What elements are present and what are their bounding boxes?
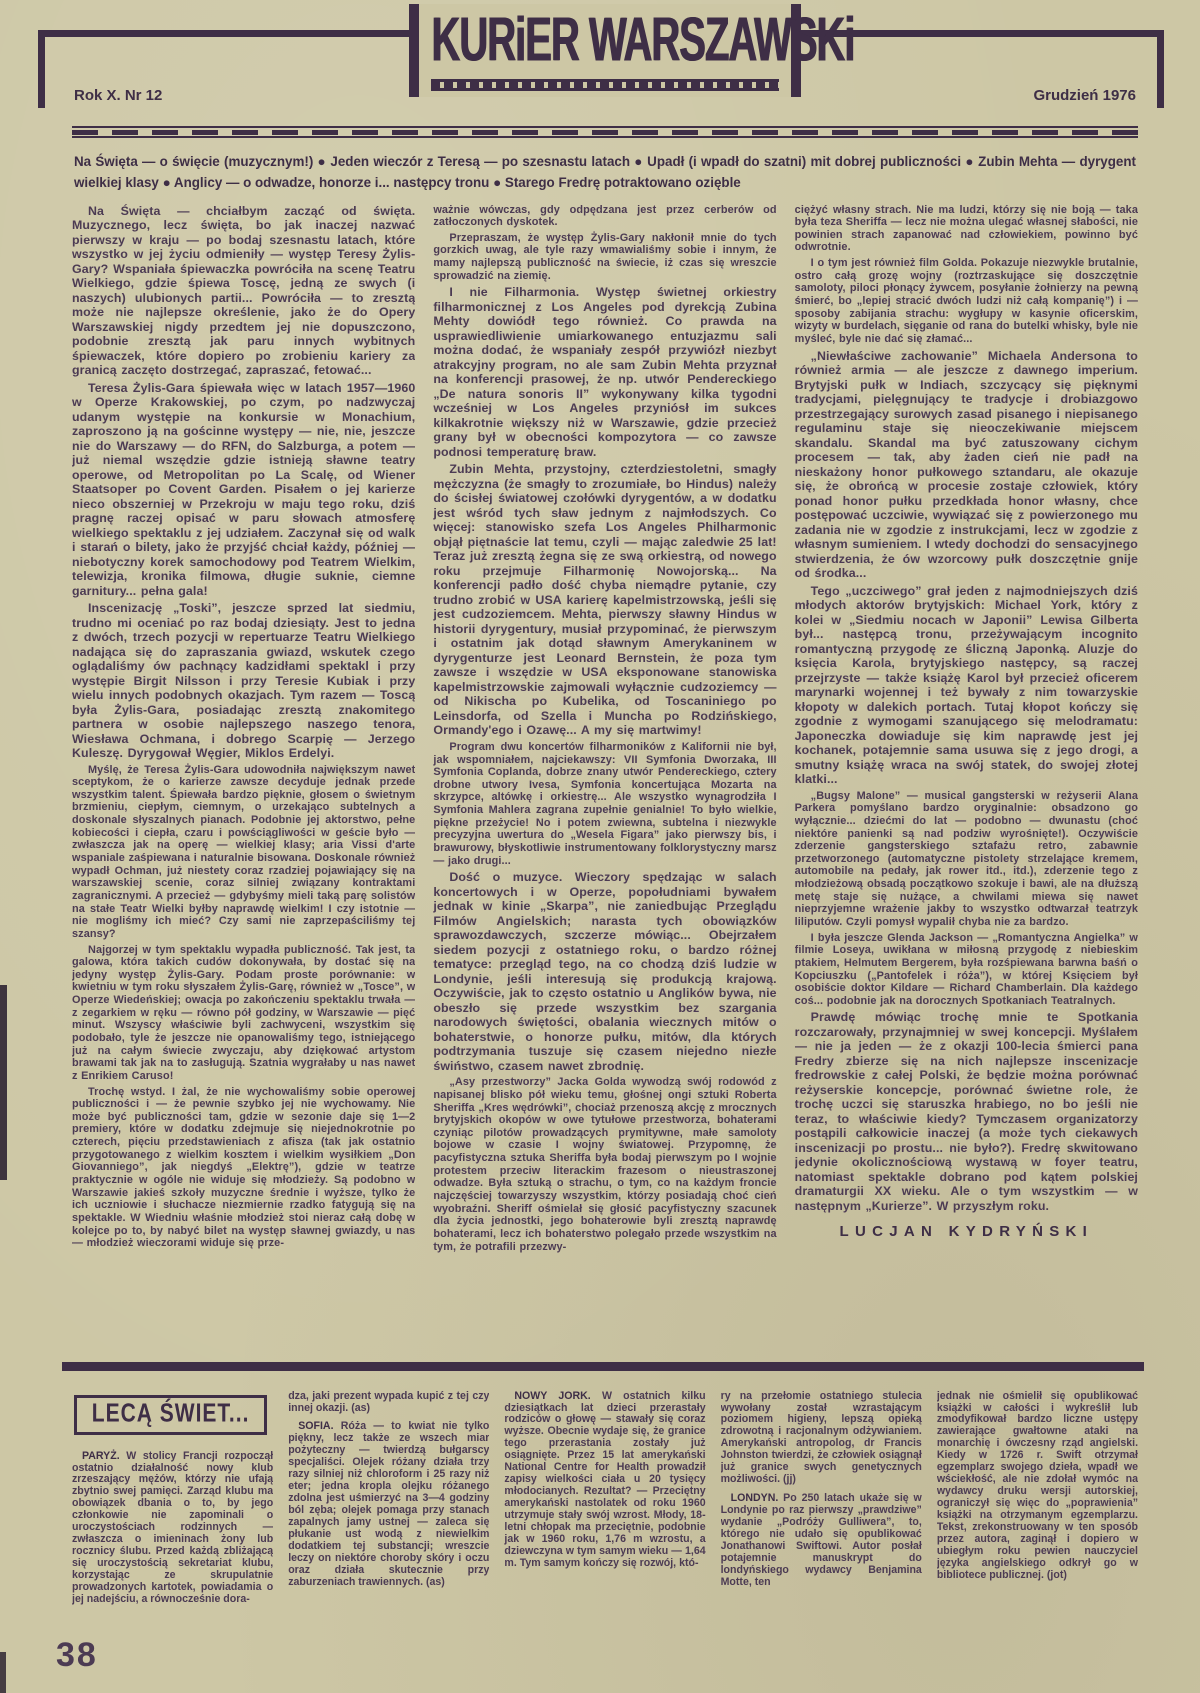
brief-text: jednak nie ośmielił się opublikować ksią… <box>937 1391 1138 1582</box>
header-divider-rule <box>72 126 1138 138</box>
scan-edge-artifact <box>0 985 7 1180</box>
scan-edge-artifact <box>0 1652 6 1693</box>
paragraph: Trochę wstyd. I żal, że nie wychowaliśmy… <box>72 1086 415 1250</box>
brief-item: dza, jaki prezent wypada kupić z tej czy… <box>288 1391 489 1415</box>
brief-text: W stolicy Francji rozpoczął ostatnio dzi… <box>72 1450 273 1606</box>
brief-text: ry na przełomie ostatniego stulecia wywo… <box>721 1391 922 1486</box>
brief-dateline: SOFIA. <box>298 1420 341 1432</box>
paragraph: Program dwu koncertów filharmoników z Ka… <box>433 741 776 867</box>
article-column-2: ważnie wówczas, gdy odpędzana jest przez… <box>433 204 776 1346</box>
paragraph: Myślę, że Teresa Żylis-Gara udowodniła n… <box>72 764 415 941</box>
section-divider-rule <box>62 1362 1144 1371</box>
page-number: 38 <box>56 1636 98 1675</box>
article-column-3: ciężyć własny strach. Nie ma ludzi, któr… <box>795 204 1138 1346</box>
brief-item: SOFIA.Róża — to kwiat nie tylko piękny, … <box>288 1421 489 1589</box>
article-body: Na Święta — chciałbym zacząć od święta. … <box>72 204 1138 1346</box>
newspaper-logo: KURiER WARSZAWSKi <box>431 6 854 76</box>
brief-column-1: LECĄ ŚWIET... PARYŻ.W stolicy Francji ro… <box>72 1391 273 1629</box>
brief-item: NOWY JORK.W ostatnich kilku dziesiątkach… <box>504 1391 705 1571</box>
newspaper-page: KURiER WARSZAWSKi Rok X. Nr 12 Grudzień … <box>0 0 1200 1693</box>
logo-underline-bar <box>431 79 779 91</box>
brief-column-3: NOWY JORK.W ostatnich kilku dziesiątkach… <box>504 1391 705 1629</box>
paragraph: Tego „uczciwego” grał jeden z najmodniej… <box>795 584 1138 787</box>
brief-column-4: ry na przełomie ostatniego stulecia wywo… <box>721 1391 922 1629</box>
masthead-logo-box: KURiER WARSZAWSKi <box>409 4 801 97</box>
page-content: KURiER WARSZAWSKi Rok X. Nr 12 Grudzień … <box>0 0 1200 1693</box>
brief-item: ry na przełomie ostatniego stulecia wywo… <box>721 1391 922 1487</box>
paragraph: Teresa Żylis-Gara śpiewała więc w latach… <box>72 381 415 599</box>
brief-item: LONDYN.Po 250 latach ukaże się w Londyni… <box>721 1493 922 1589</box>
paragraph: I o tym jest również film Golda. Pokazuj… <box>795 257 1138 345</box>
briefs-headline: LECĄ ŚWIET... <box>92 1399 250 1429</box>
issue-number: Rok X. Nr 12 <box>74 87 162 104</box>
brief-column-5: jednak nie ośmielił się opublikować ksią… <box>937 1391 1138 1629</box>
paragraph: „Niewłaściwe zachowanie” Michaela Anders… <box>795 349 1138 581</box>
issue-date: Grudzień 1976 <box>1033 87 1136 104</box>
paragraph: Prawdę mówiąc trochę mnie te Spotkania r… <box>795 1010 1138 1213</box>
paragraph: Inscenizację „Toski”, jeszcze sprzed lat… <box>72 601 415 761</box>
brief-item: PARYŻ.W stolicy Francji rozpoczął ostatn… <box>72 1451 273 1607</box>
paragraph: Najgorzej w tym spektaklu wypadła public… <box>72 944 415 1083</box>
brief-column-2: dza, jaki prezent wypada kupić z tej czy… <box>288 1391 489 1629</box>
paragraph: „Asy przestworzy” Jacka Golda wywodzą sw… <box>433 1076 776 1253</box>
brief-dateline: PARYŻ. <box>82 1450 126 1462</box>
top-frame-left-corner <box>38 30 45 108</box>
brief-text: W ostatnich kilku dziesiątkach lat dziec… <box>504 1391 705 1570</box>
paragraph: I była jeszcze Glenda Jackson — „Romanty… <box>795 932 1138 1008</box>
brief-text: dza, jaki prezent wypada kupić z tej czy… <box>288 1391 489 1414</box>
paragraph: ciężyć własny strach. Nie ma ludzi, któr… <box>795 204 1138 255</box>
brief-item: jednak nie ośmielił się opublikować ksią… <box>937 1391 1138 1583</box>
paragraph: Przepraszam, że występ Żylis-Gary nakłon… <box>433 232 776 283</box>
paragraph: ważnie wówczas, gdy odpędzana jest przez… <box>433 204 776 229</box>
news-briefs: LECĄ ŚWIET... PARYŻ.W stolicy Francji ro… <box>72 1391 1138 1629</box>
article-column-1: Na Święta — chciałbym zacząć od święta. … <box>72 204 415 1346</box>
top-frame-right-corner <box>1157 30 1164 108</box>
paragraph: Na Święta — chciałbym zacząć od święta. … <box>72 204 415 378</box>
paragraph: Zubin Mehta, przystojny, czterdziestolet… <box>433 462 776 738</box>
masthead: KURiER WARSZAWSKi Rok X. Nr 12 Grudzień … <box>72 0 1138 118</box>
brief-text: Róża — to kwiat nie tylko piękny, lecz t… <box>288 1420 489 1588</box>
brief-text: Po 250 latach ukaże się w Londynie po ra… <box>721 1492 922 1588</box>
brief-dateline: NOWY JORK. <box>514 1391 602 1402</box>
teaser-line: Na Święta — o święcie (muzycznym!) ● Jed… <box>74 152 1136 194</box>
briefs-headline-box: LECĄ ŚWIET... <box>74 1395 267 1435</box>
paragraph: „Bugsy Malone” — musical gangsterski w r… <box>795 790 1138 929</box>
paragraph: Dość o muzyce. Wieczory spędzając w sala… <box>433 870 776 1073</box>
brief-dateline: LONDYN. <box>731 1492 784 1504</box>
paragraph: I nie Filharmonia. Występ świetnej orkie… <box>433 285 776 459</box>
author-signature: LUCJAN KYDRYŃSKI <box>795 1223 1138 1240</box>
